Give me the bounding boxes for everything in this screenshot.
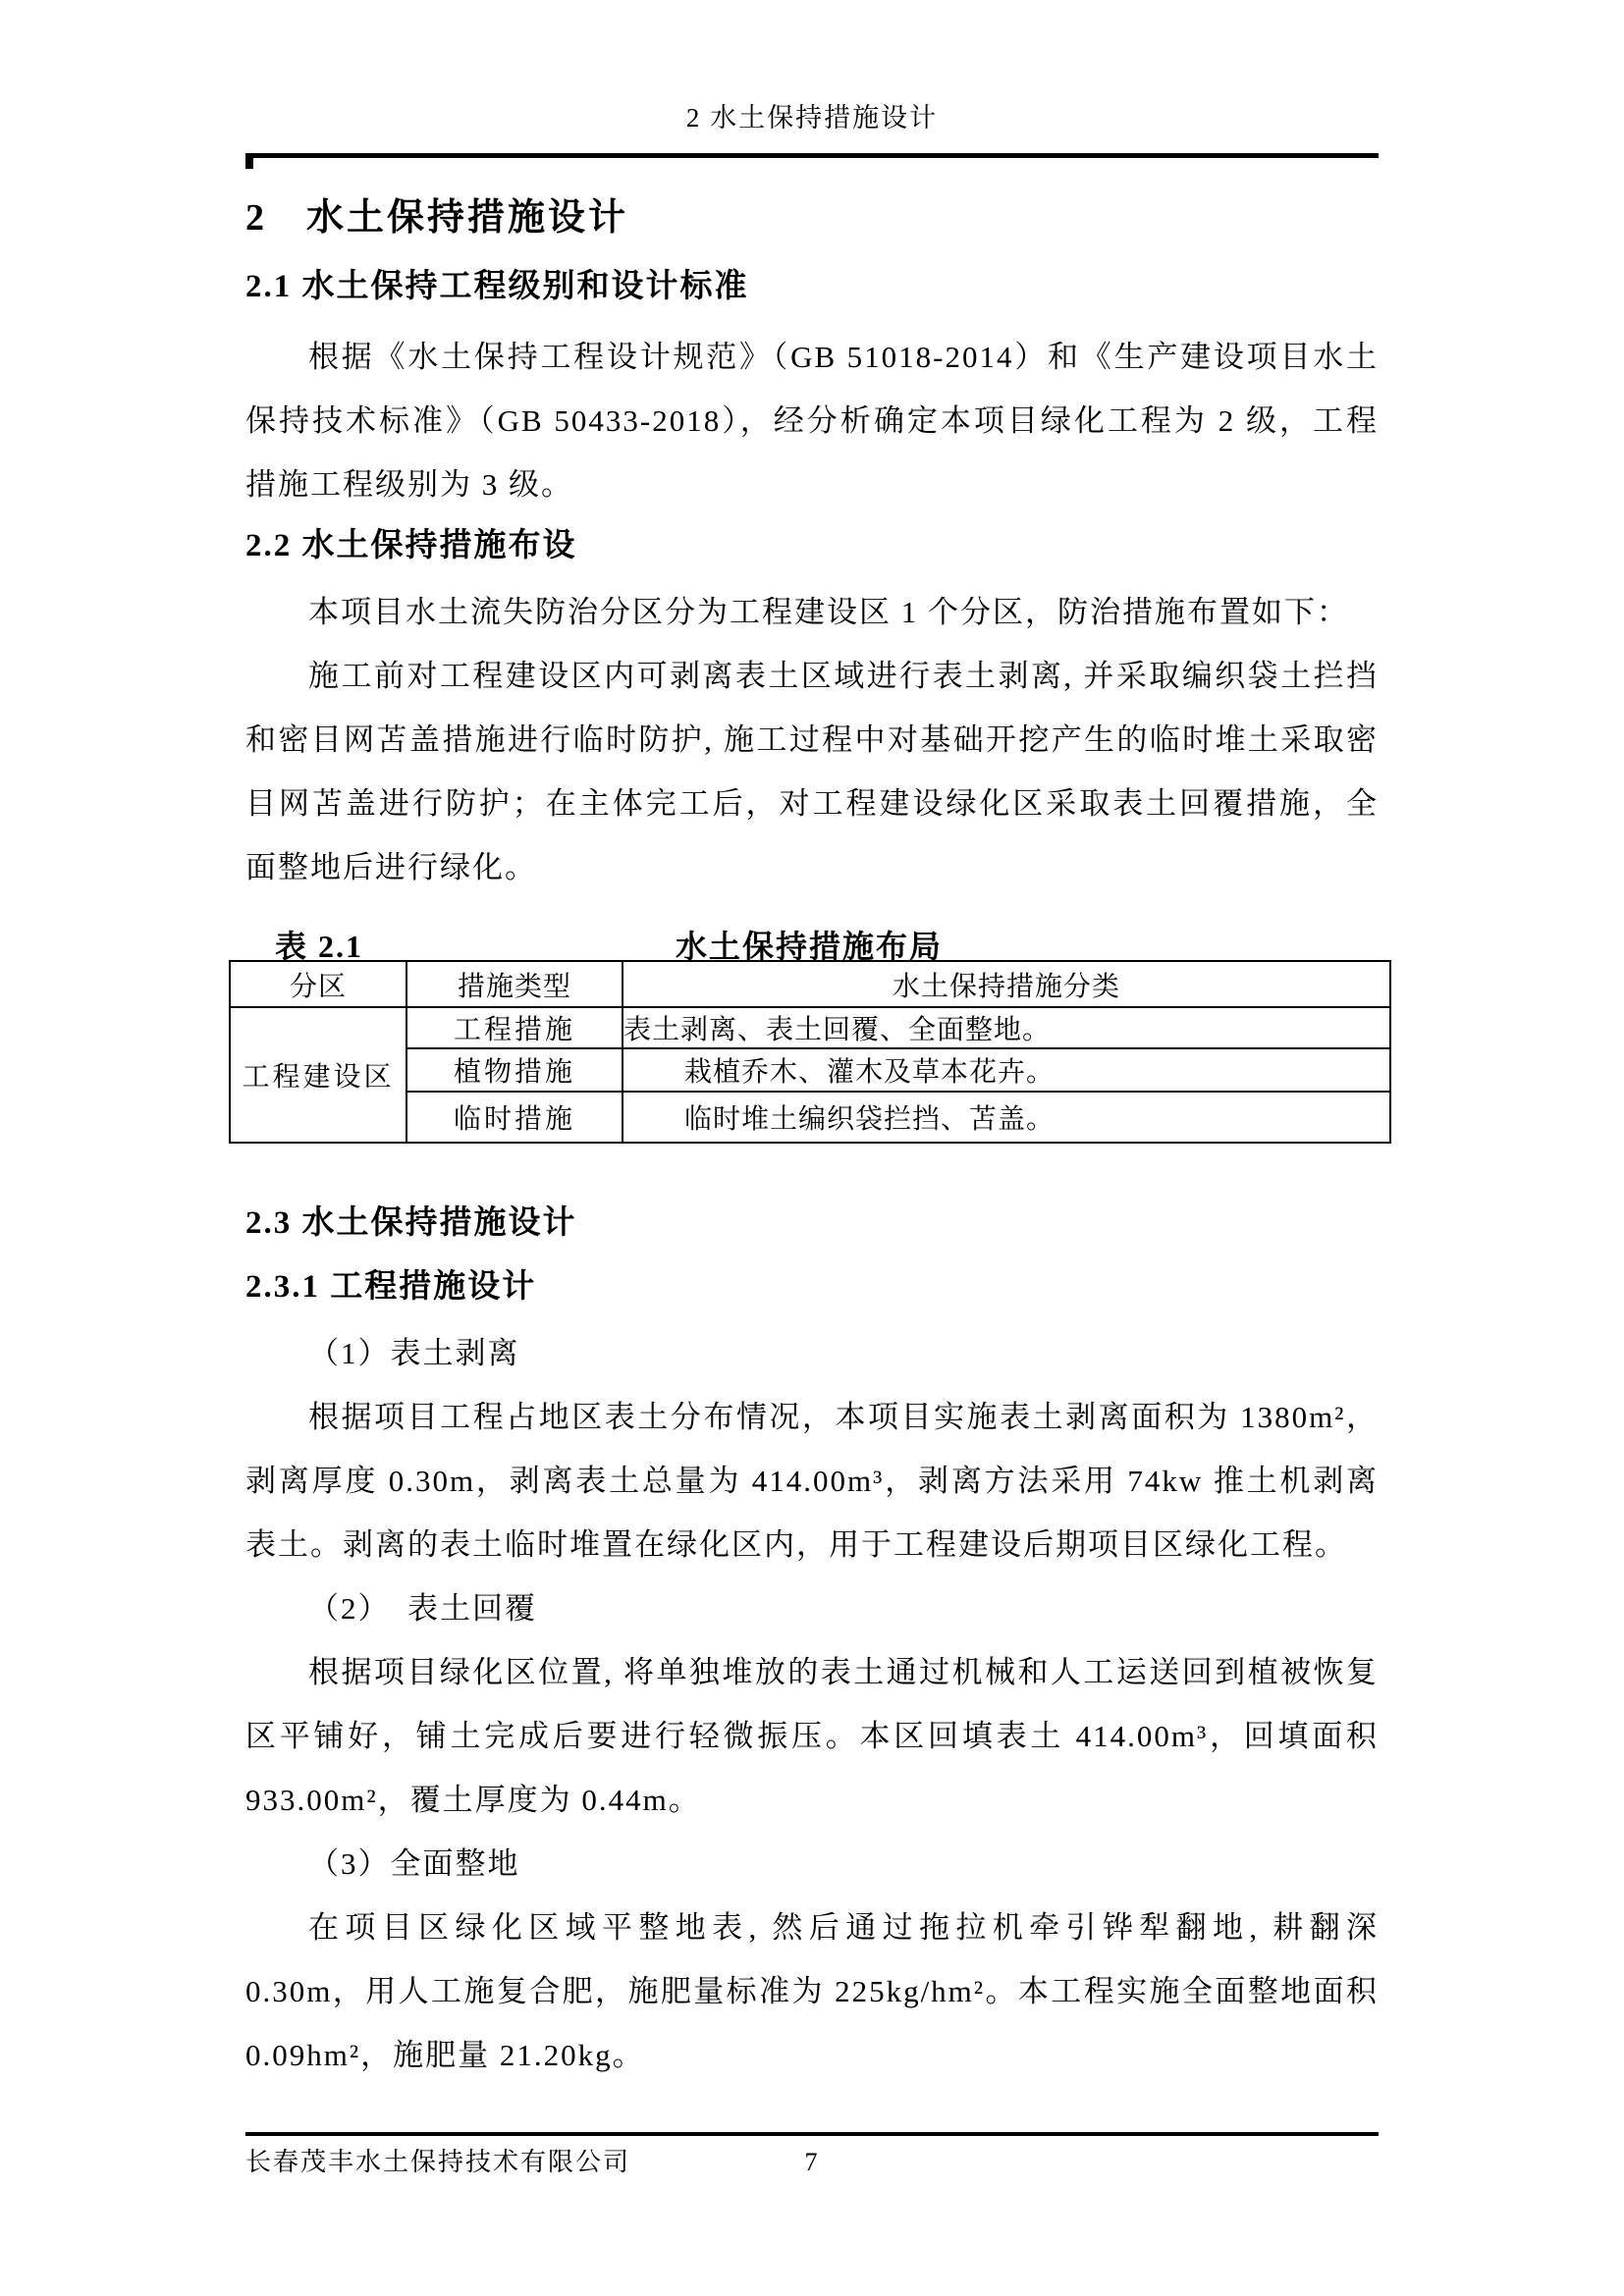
table-cell-detail: 临时堆土编织袋拦挡、苫盖。 (623, 1092, 1390, 1143)
table-cell-type: 临时措施 (406, 1092, 623, 1143)
footer-page-number: 7 (805, 2148, 820, 2176)
running-header-title: 2 水土保持措施设计 (245, 102, 1379, 133)
measures-table: 分区 措施类型 水土保持措施分类 工程建设区 工程措施 表土剥离、表土回覆、全面… (229, 960, 1391, 1144)
table-row: 工程建设区 工程措施 表土剥离、表土回覆、全面整地。 (230, 1007, 1390, 1048)
chapter-title: 水土保持措施设计 (306, 197, 628, 239)
paragraph-2-2-detail: 施工前对工程建设区内可剥离表土区域进行表土剥离, 并采取编织袋土拦挡和密目网苫盖… (245, 644, 1379, 899)
section-heading-2-1: 2.1 水土保持工程级别和设计标准 (245, 269, 1379, 306)
paragraph-land-preparation: 在项目区绿化区域平整地表, 然后通过拖拉机牵引铧犁翻地, 耕翻深 0.30m，用… (245, 1896, 1379, 2087)
page-footer: 长春茂丰水土保持技术有限公司 7 (245, 2146, 1379, 2179)
section-heading-2-3-1: 2.3.1 工程措施设计 (245, 1269, 1379, 1307)
section-heading-2-2: 2.2 水土保持措施布设 (245, 528, 1379, 565)
header-rule-tick (245, 158, 253, 169)
table-cell-type: 植物措施 (406, 1048, 623, 1092)
table-cell-zone: 工程建设区 (230, 1007, 406, 1143)
footer-company-name: 长春茂丰水土保持技术有限公司 (245, 2146, 630, 2179)
table-header-row: 分区 措施类型 水土保持措施分类 (230, 961, 1390, 1007)
list-item-2-label: （2） 表土回覆 (245, 1576, 1379, 1640)
chapter-heading: 2水土保持措施设计 (245, 197, 1379, 240)
table-cell-type: 工程措施 (406, 1007, 623, 1048)
table-cell-detail: 表土剥离、表土回覆、全面整地。 (623, 1007, 1390, 1048)
footer-rule (245, 2132, 1379, 2136)
paragraph-topsoil-stripping: 根据项目工程占地区表土分布情况，本项目实施表土剥离面积为 1380m²，剥离厚度… (245, 1385, 1379, 1576)
table-cell-detail: 栽植乔木、灌木及草本花卉。 (623, 1048, 1390, 1092)
table-header-measure-type: 措施类型 (406, 961, 623, 1007)
chapter-number: 2 (245, 197, 267, 239)
paragraph-2-2-intro: 本项目水土流失防治分区分为工程建设区 1 个分区，防治措施布置如下： (245, 580, 1379, 644)
header-rule (245, 153, 1379, 158)
paragraph-2-1: 根据《水土保持工程设计规范》（GB 51018-2014）和《生产建设项目水土保… (245, 325, 1379, 516)
list-item-3-label: （3）全面整地 (245, 1832, 1379, 1896)
table-header-classification: 水土保持措施分类 (623, 961, 1390, 1007)
list-item-1-label: （1）表土剥离 (245, 1321, 1379, 1385)
table-header-zone: 分区 (230, 961, 406, 1007)
section-heading-2-3: 2.3 水土保持措施设计 (245, 1205, 1379, 1243)
paragraph-topsoil-backfill: 根据项目绿化区位置, 将单独堆放的表土通过机械和人工运送回到植被恢复区平铺好，铺… (245, 1640, 1379, 1832)
document-page: 2 水土保持措施设计 2水土保持措施设计 2.1 水土保持工程级别和设计标准 根… (0, 0, 1624, 2296)
